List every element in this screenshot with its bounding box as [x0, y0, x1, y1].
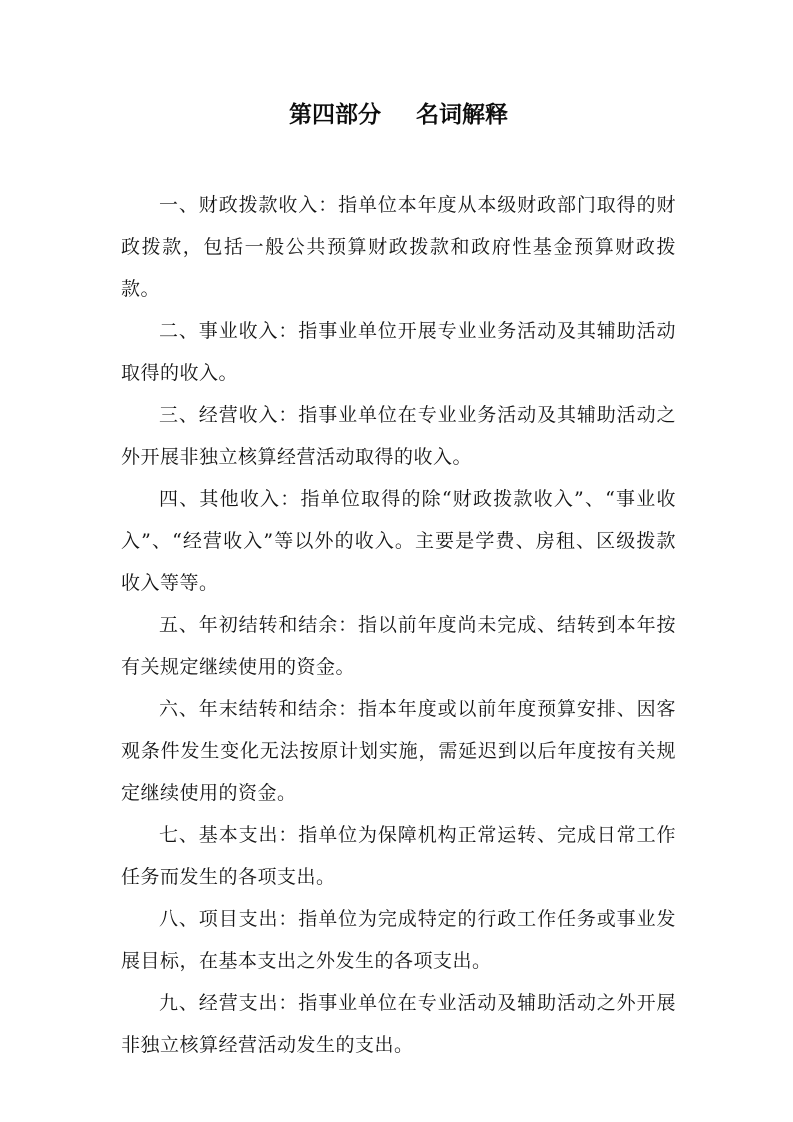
section-title-text: 名词解释 [416, 102, 508, 128]
term-label: 三、经营收入： [159, 404, 298, 426]
term-label: 二、事业收入： [159, 320, 298, 342]
term-label: 八、项目支出： [159, 908, 298, 930]
definition-paragraph: 四、其他收入：指单位取得的除“财政拨款收入”、“事业收入”、“经营收入”等以外的… [121, 478, 676, 604]
term-label: 九、经营支出： [159, 992, 298, 1014]
definition-paragraph: 九、经营支出：指事业单位在专业活动及辅助活动之外开展非独立核算经营活动发生的支出… [121, 982, 676, 1066]
glossary-body: 一、财政拨款收入：指单位本年度从本级财政部门取得的财政拨款，包括一般公共预算财政… [121, 184, 676, 1066]
term-label: 七、基本支出： [159, 824, 298, 846]
term-label: 六、年末结转和结余： [159, 698, 358, 720]
definition-paragraph: 七、基本支出：指单位为保障机构正常运转、完成日常工作任务而发生的各项支出。 [121, 814, 676, 898]
section-title: 第四部分 名词解释 [121, 98, 676, 132]
definition-paragraph: 八、项目支出：指单位为完成特定的行政工作任务或事业发展目标，在基本支出之外发生的… [121, 898, 676, 982]
term-label: 一、财政拨款收入： [159, 194, 338, 216]
definition-paragraph: 六、年末结转和结余：指本年度或以前年度预算安排、因客观条件发生变化无法按原计划实… [121, 688, 676, 814]
term-label: 五、年初结转和结余： [159, 614, 358, 636]
definition-paragraph: 三、经营收入：指事业单位在专业业务活动及其辅助活动之外开展非独立核算经营活动取得… [121, 394, 676, 478]
document-page: 第四部分 名词解释 一、财政拨款收入：指单位本年度从本级财政部门取得的财政拨款，… [0, 0, 793, 1122]
definition-paragraph: 二、事业收入：指事业单位开展专业业务活动及其辅助活动取得的收入。 [121, 310, 676, 394]
section-title-number: 第四部分 [289, 102, 381, 128]
definition-paragraph: 五、年初结转和结余：指以前年度尚未完成、结转到本年按有关规定继续使用的资金。 [121, 604, 676, 688]
term-label: 四、其他收入： [159, 488, 300, 510]
definition-paragraph: 一、财政拨款收入：指单位本年度从本级财政部门取得的财政拨款，包括一般公共预算财政… [121, 184, 676, 310]
